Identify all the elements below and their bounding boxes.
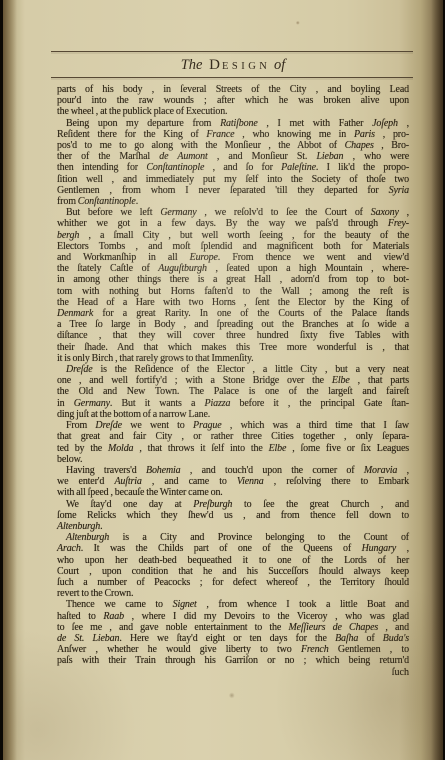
text-line: ding juſt at the bottom of a narrow Lane… — [57, 409, 409, 420]
text-line: a Tree ſo large in Body , and ſpreading … — [57, 319, 409, 330]
text-line: ther of the Marſhal de Aumont , and Monſ… — [57, 151, 409, 162]
catchword: ſuch — [392, 667, 409, 678]
catchword-row: ſuch — [57, 667, 409, 678]
text-line: ſome Relicks which they ſhew'd us , and … — [57, 510, 409, 521]
text-line: and Workmanſhip in all Europe. From then… — [57, 252, 409, 263]
paragraph: But before we left Germany , we reſolv'd… — [57, 207, 409, 364]
text-line: Electors Tombs , and moſt ſplendid and m… — [57, 241, 409, 252]
text-line: pour'd into the raw wounds ; after which… — [57, 95, 409, 106]
text-line: the Old and New Town. The Palace is one … — [57, 386, 409, 397]
text-line: haſted to Raab , where I did my Devoirs … — [57, 611, 409, 622]
text-line: Court , upon condition that he and his S… — [57, 566, 409, 577]
text-line: ted by the Molda , that throws it ſelf i… — [57, 443, 409, 454]
text-line: Having travers'd Bohemia , and touch'd u… — [57, 465, 409, 476]
text-line: ſuch a number of Peacocks ; for defect w… — [57, 577, 409, 588]
text-line: whither we got in a few days. By the way… — [57, 218, 409, 229]
text-line: in Germany. But it wants a Piazza before… — [57, 398, 409, 409]
text-line: tom with nothing but Horns faſten'd to t… — [57, 286, 409, 297]
text-line: from Conſtantinople. — [57, 196, 409, 207]
text-line: the Head of a Hare with two Horns , ſent… — [57, 297, 409, 308]
text-line: who upon her death-bed bequeathed it to … — [57, 555, 409, 566]
text-line: Altenburgh. — [57, 521, 409, 532]
paragraph: Having travers'd Bohemia , and touch'd u… — [57, 465, 409, 499]
paragraph: Dreſde is the Reſidence of the Elector ,… — [57, 364, 409, 420]
text-line: From Dreſde we went to Prague , which wa… — [57, 420, 409, 431]
running-head-text: The — [181, 57, 206, 73]
text-line: we enter'd Auſtria , and came to Vienna … — [57, 476, 409, 487]
text-line: Anſwer , whether he would give liberty t… — [57, 644, 409, 655]
text-line: But before we left Germany , we reſolv'd… — [57, 207, 409, 218]
text-line: in among other things there is a great H… — [57, 274, 409, 285]
paragraph: Being upon my departure from Ratiſbone ,… — [57, 118, 409, 208]
text-line: bergh , a ſmall City , but well worth ſe… — [57, 230, 409, 241]
paragraph: Altenburgh is a City and Province belong… — [57, 532, 409, 599]
text-line: Being upon my departure from Ratiſbone ,… — [57, 118, 409, 129]
page-edge-left — [3, 0, 17, 760]
text-line: below. — [57, 454, 409, 465]
running-head-text: ESIGN — [222, 61, 270, 72]
text-line: parts of his body , in ſeveral Streets o… — [57, 84, 409, 95]
text-line: Arach. It was the Childs part of one of … — [57, 543, 409, 554]
text-line: their ſhade. And that which makes this T… — [57, 342, 409, 353]
page-edge-right — [431, 0, 443, 760]
running-head: The DESIGN of — [57, 52, 409, 77]
text-line: one , and well fortify'd ; with a Stone … — [57, 375, 409, 386]
book-page: The DESIGN of parts of his body , in ſev… — [3, 0, 443, 760]
text-line: revert to the Crown. — [57, 588, 409, 599]
text-line: Thence we came to Signet , from whence I… — [57, 599, 409, 610]
page-content: The DESIGN of parts of his body , in ſev… — [57, 0, 409, 678]
paragraph: parts of his body , in ſeveral Streets o… — [57, 84, 409, 118]
text-line: Dreſde is the Reſidence of the Elector ,… — [57, 364, 409, 375]
text-line: with all ſpeed , becauſe the Winter came… — [57, 487, 409, 498]
book-scan: The DESIGN of parts of his body , in ſev… — [0, 0, 445, 760]
running-head-text: D — [209, 57, 222, 73]
text-line: paſs with their Train through his Garriſ… — [57, 655, 409, 666]
running-head-text: of — [270, 57, 285, 73]
text-line: de St. Lieban. Here we ſtay'd eight or t… — [57, 633, 409, 644]
text-line: then intending for Conſtantinople , and … — [57, 162, 409, 173]
body-text: parts of his body , in ſeveral Streets o… — [57, 84, 409, 667]
text-line: it is only Birch , that rarely grows to … — [57, 353, 409, 364]
paragraph: Thence we came to Signet , from whence I… — [57, 599, 409, 666]
text-line: to ſee me , and gave noble entertainment… — [57, 622, 409, 633]
paragraph: We ſtay'd one day at Preſburgh to ſee th… — [57, 499, 409, 533]
text-line: diſtance , that they will cover three hu… — [57, 330, 409, 341]
text-line: Reſident there for the King of France , … — [57, 129, 409, 140]
text-line: pos'd to me to go along with the Monſieu… — [57, 140, 409, 151]
text-line: that great and fair City , or rather thr… — [57, 431, 409, 442]
text-line: Gentlemen , from whom I never ſeparated … — [57, 185, 409, 196]
text-line: the ſtately Caſtle of Auguſtburgh , ſeat… — [57, 263, 409, 274]
text-line: Denmark for a great Rarity. In one of th… — [57, 308, 409, 319]
running-head-rule-bottom — [51, 77, 413, 78]
paragraph: From Dreſde we went to Prague , which wa… — [57, 420, 409, 465]
text-line: Altenburgh is a City and Province belong… — [57, 532, 409, 543]
text-line: ſition well , and immediately put my ſel… — [57, 174, 409, 185]
text-line: the wheel , at the publick place of Exec… — [57, 106, 409, 117]
text-line: We ſtay'd one day at Preſburgh to ſee th… — [57, 499, 409, 510]
